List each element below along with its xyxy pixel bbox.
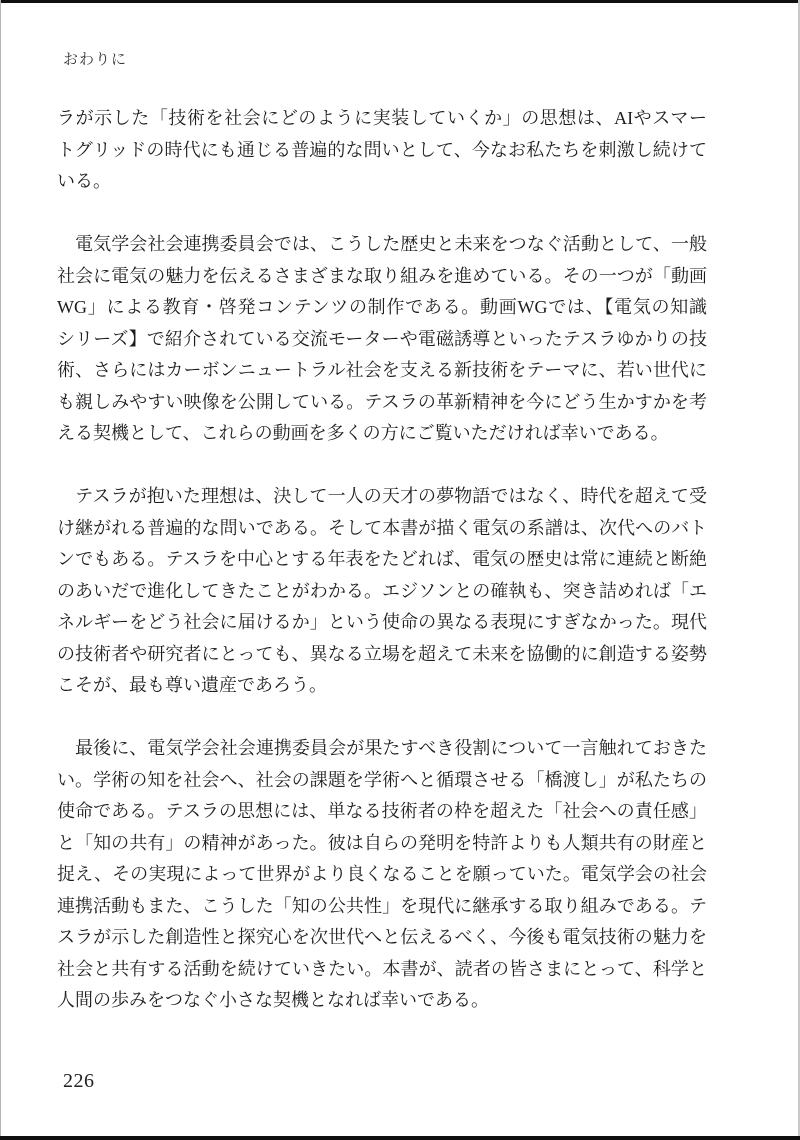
body-text: ラが示した「技術を社会にどのように実装していくか」の思想は、AIやスマートグリッ… bbox=[57, 103, 707, 1017]
paragraph: テスラが抱いた理想は、決して一人の天才の夢物語ではなく、時代を超えて受け継がれる… bbox=[57, 481, 707, 702]
text-line: と「知の共有」の精神があった。彼は自らの発明を特許よりも人類共有の財産と bbox=[57, 828, 707, 860]
text-line: 電気学会社会連携委員会では、こうした歴史と未来をつなぐ活動として、一般 bbox=[57, 229, 707, 261]
text-line: ネルギーをどう社会に届けるか」という使命の異なる表現にすぎなかった。現代 bbox=[57, 607, 707, 639]
scan-frame-bottom bbox=[0, 1136, 800, 1140]
text-line: トグリッドの時代にも通じる普遍的な問いとして、今なお私たちを刺激し続けて bbox=[57, 135, 707, 167]
paragraph: 最後に、電気学会社会連携委員会が果たすべき役割について一言触れておきたい。学術の… bbox=[57, 733, 707, 1017]
text-line: い。学術の知を社会へ、社会の課題を学術へと循環させる「橋渡し」が私たちの bbox=[57, 765, 707, 797]
text-line: 連携活動もまた、こうした「知の公共性」を現代に継承する取り組みである。テ bbox=[57, 891, 707, 923]
text-line: 最後に、電気学会社会連携委員会が果たすべき役割について一言触れておきた bbox=[57, 733, 707, 765]
text-line: いる。 bbox=[57, 166, 707, 198]
text-line: スラが示した創造性と探究心を次世代へと伝えるべく、今後も電気技術の魅力を bbox=[57, 922, 707, 954]
text-line: こそが、最も尊い遺産であろう。 bbox=[57, 670, 707, 702]
text-line: ラが示した「技術を社会にどのように実装していくか」の思想は、AIやスマー bbox=[57, 103, 707, 135]
text-line: のあいだで進化してきたことがわかる。エジソンとの確執も、突き詰めれば「エ bbox=[57, 576, 707, 608]
text-line: ンでもある。テスラを中心とする年表をたどれば、電気の歴史は常に連続と断絶 bbox=[57, 544, 707, 576]
text-line: の技術者や研究者にとっても、異なる立場を超えて未来を協働的に創造する姿勢 bbox=[57, 639, 707, 671]
text-line: 社会と共有する活動を続けていきたい。本書が、読者の皆さまにとって、科学と bbox=[57, 954, 707, 986]
paragraph: 電気学会社会連携委員会では、こうした歴史と未来をつなぐ活動として、一般社会に電気… bbox=[57, 229, 707, 450]
text-line: 使命である。テスラの思想には、単なる技術者の枠を超えた「社会への責任感」 bbox=[57, 796, 707, 828]
running-header: おわりに bbox=[63, 49, 127, 69]
text-line: 社会に電気の魅力を伝えるさまざまな取り組みを進めている。その一つが「動画 bbox=[57, 261, 707, 293]
text-line: える契機として、これらの動画を多くの方にご覧いただければ幸いである。 bbox=[57, 418, 707, 450]
book-page: { "page": { "running_header": "おわりに", "p… bbox=[0, 0, 800, 1140]
text-line: テスラが抱いた理想は、決して一人の天才の夢物語ではなく、時代を超えて受 bbox=[57, 481, 707, 513]
text-line: も親しみやすい映像を公開している。テスラの革新精神を今にどう生かすかを考 bbox=[57, 387, 707, 419]
text-line: 術、さらにはカーボンニュートラル社会を支える新技術をテーマに、若い世代に bbox=[57, 355, 707, 387]
scan-frame-top bbox=[0, 0, 800, 3]
paragraph: ラが示した「技術を社会にどのように実装していくか」の思想は、AIやスマートグリッ… bbox=[57, 103, 707, 198]
text-line: 人間の歩みをつなぐ小さな契機となれば幸いである。 bbox=[57, 985, 707, 1017]
page-number: 226 bbox=[63, 1068, 95, 1094]
text-line: シリーズ】で紹介されている交流モーターや電磁誘導といったテスラゆかりの技 bbox=[57, 324, 707, 356]
scan-frame-left bbox=[0, 0, 1, 1140]
text-line: け継がれる普遍的な問いである。そして本書が描く電気の系譜は、次代へのバト bbox=[57, 513, 707, 545]
text-line: 捉え、その実現によって世界がより良くなることを願っていた。電気学会の社会 bbox=[57, 859, 707, 891]
text-line: WG」による教育・啓発コンテンツの制作である。動画WGでは、【電気の知識 bbox=[57, 292, 707, 324]
